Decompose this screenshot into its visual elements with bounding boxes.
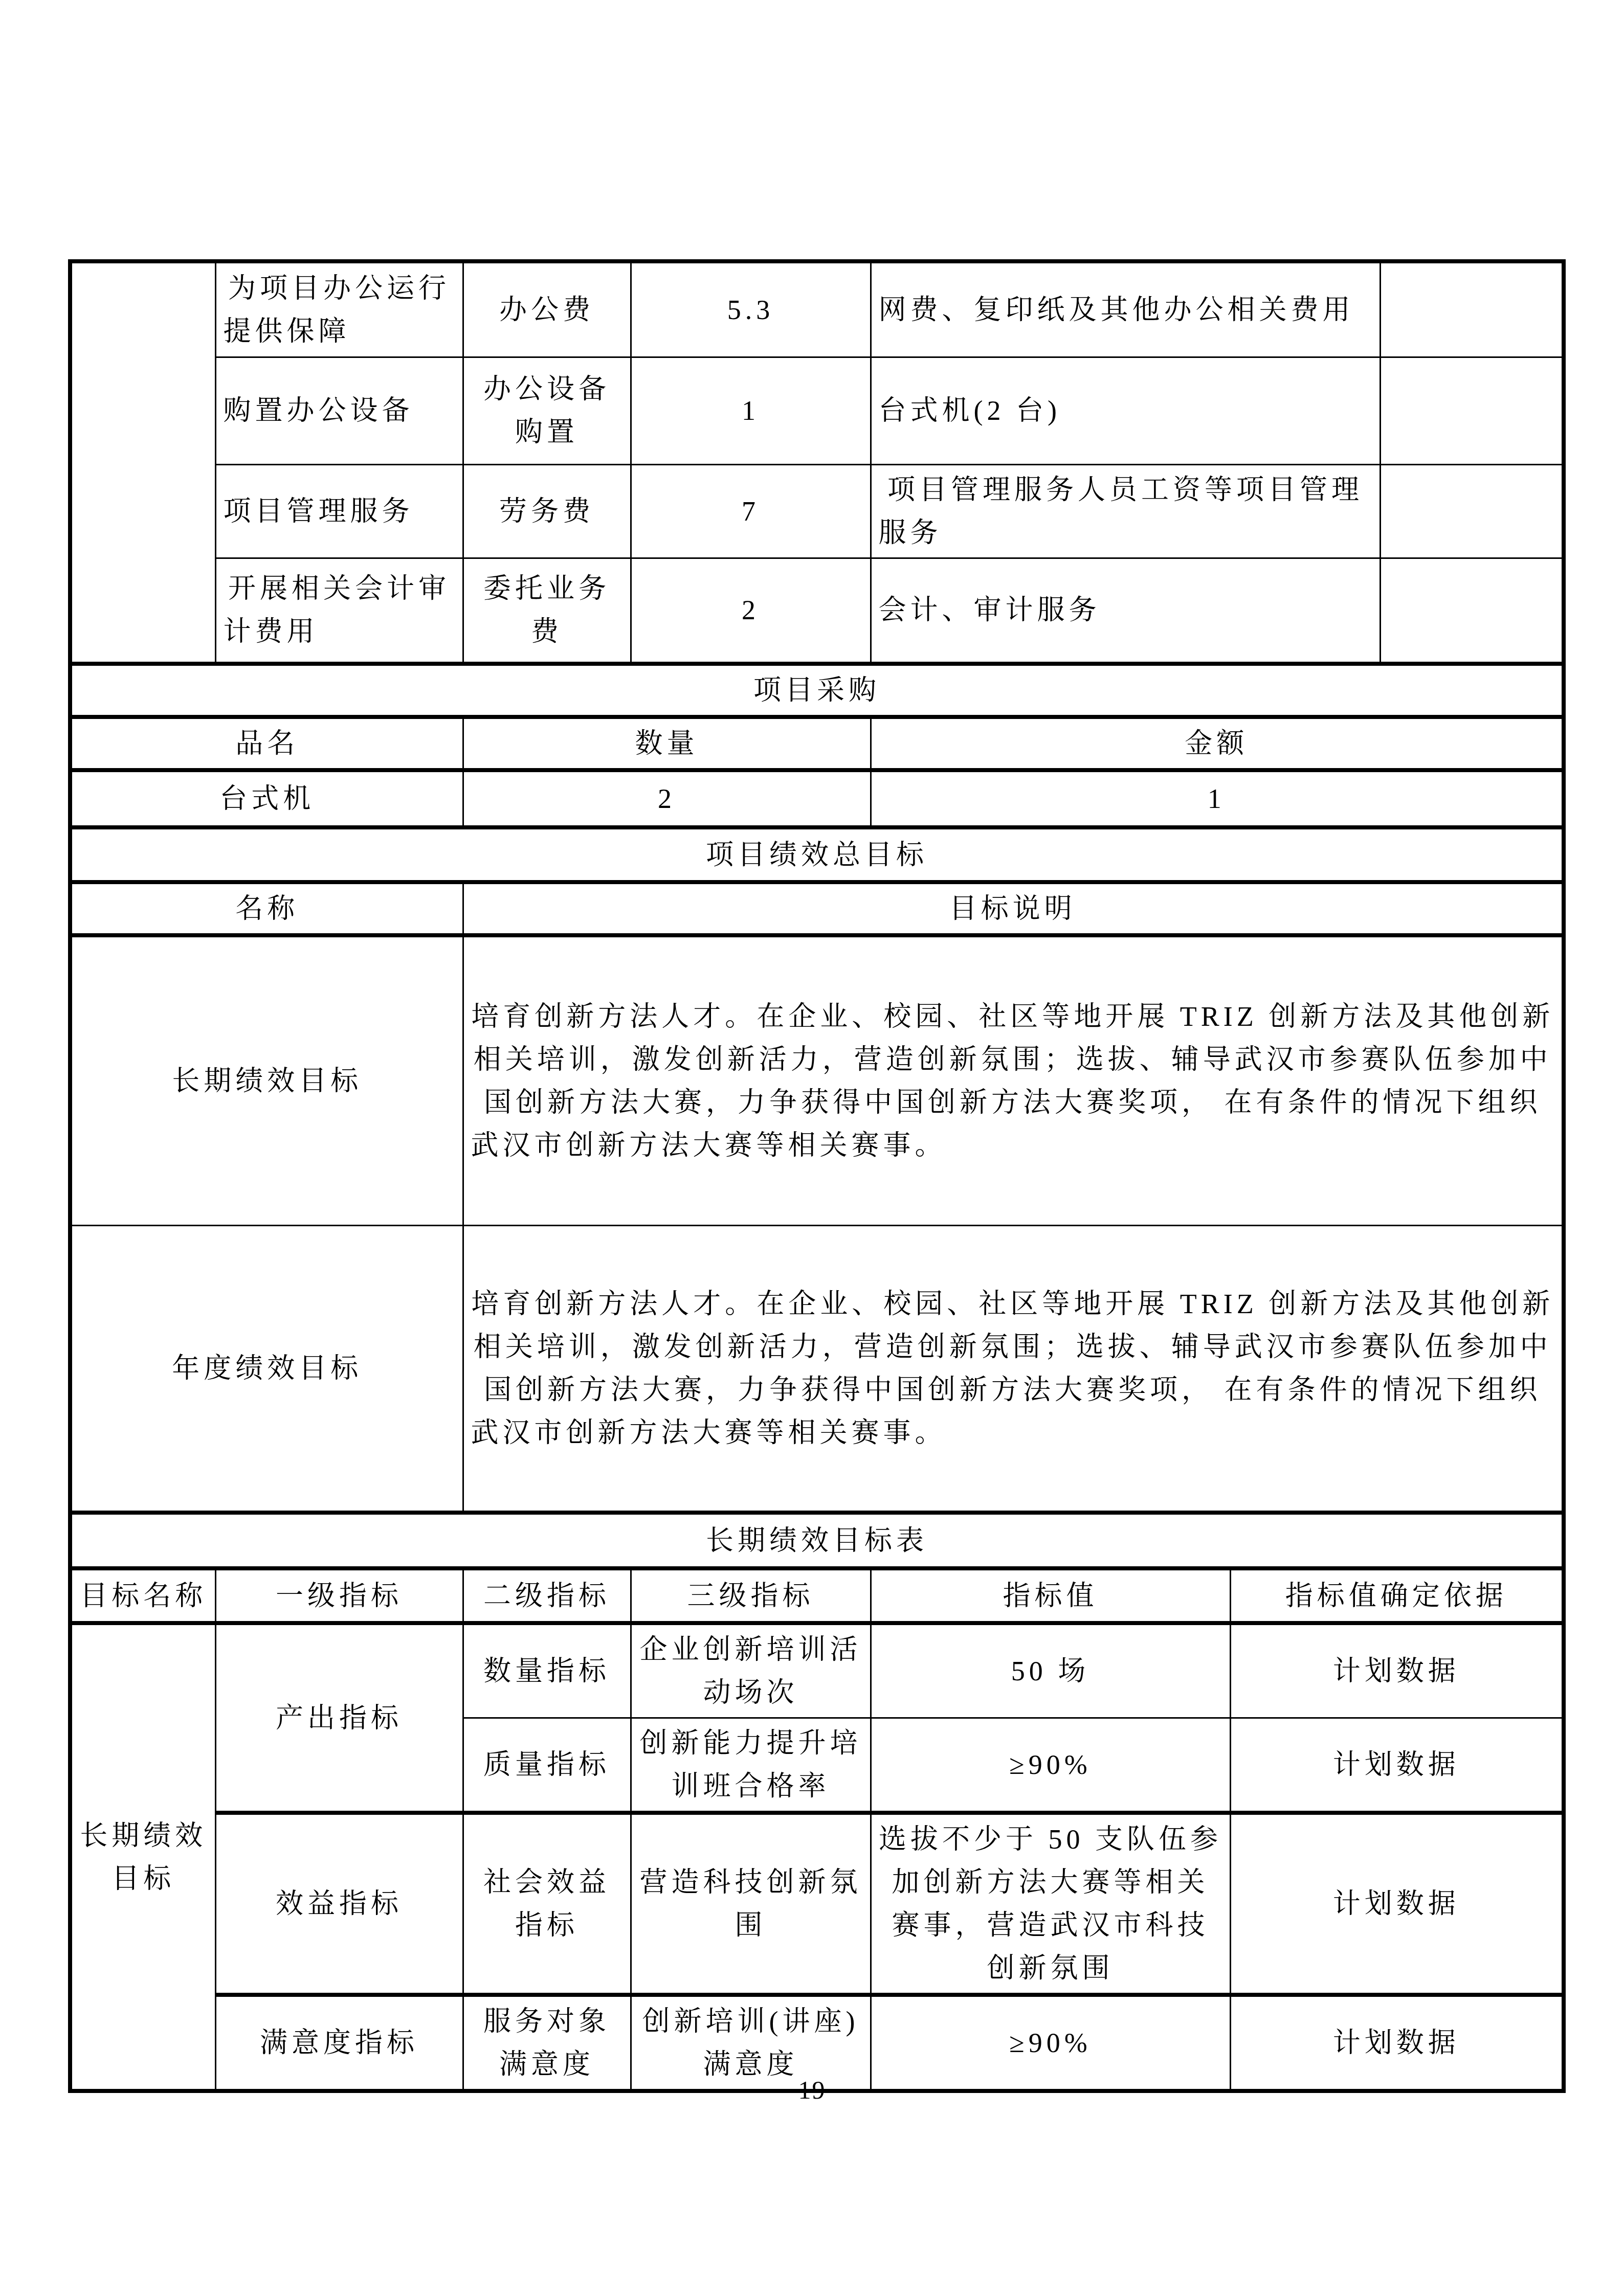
indicator-level1: 产出指标 [215, 1623, 463, 1813]
indicator-value: 选拔不少于 50 支队伍参加创新方法大赛等相关赛事，营造武汉市科技创新氛围 [871, 1813, 1230, 1995]
procurement-header-row: 品名 数量 金额 [70, 717, 1564, 770]
empty-right-cell [1380, 357, 1564, 464]
overall-goal-header-description: 目标说明 [463, 882, 1564, 935]
budget-amount: 1 [631, 357, 871, 464]
procurement-header-quantity: 数量 [463, 717, 871, 770]
indicator-level3: 创新能力提升培训班合格率 [631, 1718, 871, 1813]
overall-goal-header-row: 名称 目标说明 [70, 882, 1564, 935]
budget-task: 开展相关会计审计费用 [215, 558, 463, 664]
indicator-level3: 企业创新培训活动场次 [631, 1623, 871, 1718]
goal-name: 长期绩效目标 [70, 935, 463, 1225]
procurement-title-row: 项目采购 [70, 664, 1564, 717]
procurement-item-quantity: 2 [463, 770, 871, 827]
budget-expense-type: 劳务费 [463, 464, 631, 558]
procurement-header-amount: 金额 [871, 717, 1564, 770]
header-goal-name: 目标名称 [70, 1568, 215, 1623]
budget-row: 项目管理服务 劳务费 7 项目管理服务人员工资等项目管理服务 [70, 464, 1564, 558]
indicator-level1: 效益指标 [215, 1813, 463, 1995]
indicator-value: ≥90% [871, 1718, 1230, 1813]
budget-task: 购置办公设备 [215, 357, 463, 464]
indicator-level2: 数量指标 [463, 1623, 631, 1718]
procurement-title: 项目采购 [70, 664, 1564, 717]
empty-left-cell [70, 261, 215, 664]
budget-row: 为项目办公运行提供保障 办公费 5.3 网费、复印纸及其他办公相关费用 [70, 261, 1564, 357]
overall-goal-header-name: 名称 [70, 882, 463, 935]
goal-name: 年度绩效目标 [70, 1225, 463, 1513]
indicator-value: 50 场 [871, 1623, 1230, 1718]
empty-right-cell [1380, 558, 1564, 664]
overall-goal-title-row: 项目绩效总目标 [70, 827, 1564, 882]
header-level3: 三级指标 [631, 1568, 871, 1623]
goal-description: 培育创新方法人才。在企业、校园、社区等地开展 TRIZ 创新方法及其他创新相关培… [463, 935, 1564, 1225]
indicator-basis: 计划数据 [1230, 1718, 1564, 1813]
indicator-row: 效益指标 社会效益指标 营造科技创新氛围 选拔不少于 50 支队伍参加创新方法大… [70, 1813, 1564, 1995]
longterm-goal-row: 长期绩效目标 培育创新方法人才。在企业、校园、社区等地开展 TRIZ 创新方法及… [70, 935, 1564, 1225]
indicator-level2: 质量指标 [463, 1718, 631, 1813]
procurement-item-amount: 1 [871, 770, 1564, 827]
procurement-header-name: 品名 [70, 717, 463, 770]
procurement-item-name: 台式机 [70, 770, 463, 827]
indicator-basis: 计划数据 [1230, 1813, 1564, 1995]
header-level2: 二级指标 [463, 1568, 631, 1623]
budget-amount: 5.3 [631, 261, 871, 357]
indicator-goal-name: 长期绩效目标 [70, 1623, 215, 2091]
budget-task: 为项目办公运行提供保障 [215, 261, 463, 357]
budget-description: 项目管理服务人员工资等项目管理服务 [871, 464, 1380, 558]
indicator-level3: 营造科技创新氛围 [631, 1813, 871, 1995]
budget-expense-type: 办公费 [463, 261, 631, 357]
goal-description: 培育创新方法人才。在企业、校园、社区等地开展 TRIZ 创新方法及其他创新相关培… [463, 1225, 1564, 1513]
overall-goal-title: 项目绩效总目标 [70, 827, 1564, 882]
longterm-table-title-row: 长期绩效目标表 [70, 1513, 1564, 1568]
header-basis: 指标值确定依据 [1230, 1568, 1564, 1623]
budget-row: 开展相关会计审计费用 委托业务费 2 会计、审计服务 [70, 558, 1564, 664]
longterm-table-header-row: 目标名称 一级指标 二级指标 三级指标 指标值 指标值确定依据 [70, 1568, 1564, 1623]
budget-task: 项目管理服务 [215, 464, 463, 558]
longterm-table-title: 长期绩效目标表 [70, 1513, 1564, 1568]
header-value: 指标值 [871, 1568, 1230, 1623]
budget-performance-table: 为项目办公运行提供保障 办公费 5.3 网费、复印纸及其他办公相关费用 购置办公… [68, 259, 1566, 2093]
document-page: 为项目办公运行提供保障 办公费 5.3 网费、复印纸及其他办公相关费用 购置办公… [0, 0, 1624, 2296]
budget-expense-type: 办公设备购置 [463, 357, 631, 464]
budget-description: 台式机(2 台) [871, 357, 1380, 464]
budget-row: 购置办公设备 办公设备购置 1 台式机(2 台) [70, 357, 1564, 464]
budget-description: 网费、复印纸及其他办公相关费用 [871, 261, 1380, 357]
budget-description: 会计、审计服务 [871, 558, 1380, 664]
annual-goal-row: 年度绩效目标 培育创新方法人才。在企业、校园、社区等地开展 TRIZ 创新方法及… [70, 1225, 1564, 1513]
procurement-row: 台式机 2 1 [70, 770, 1564, 827]
header-level1: 一级指标 [215, 1568, 463, 1623]
indicator-level2: 社会效益指标 [463, 1813, 631, 1995]
budget-amount: 7 [631, 464, 871, 558]
budget-amount: 2 [631, 558, 871, 664]
page-number: 19 [0, 2075, 1624, 2105]
empty-right-cell [1380, 464, 1564, 558]
budget-expense-type: 委托业务费 [463, 558, 631, 664]
indicator-basis: 计划数据 [1230, 1623, 1564, 1718]
empty-right-cell [1380, 261, 1564, 357]
indicator-row: 长期绩效目标 产出指标 数量指标 企业创新培训活动场次 50 场 计划数据 [70, 1623, 1564, 1718]
